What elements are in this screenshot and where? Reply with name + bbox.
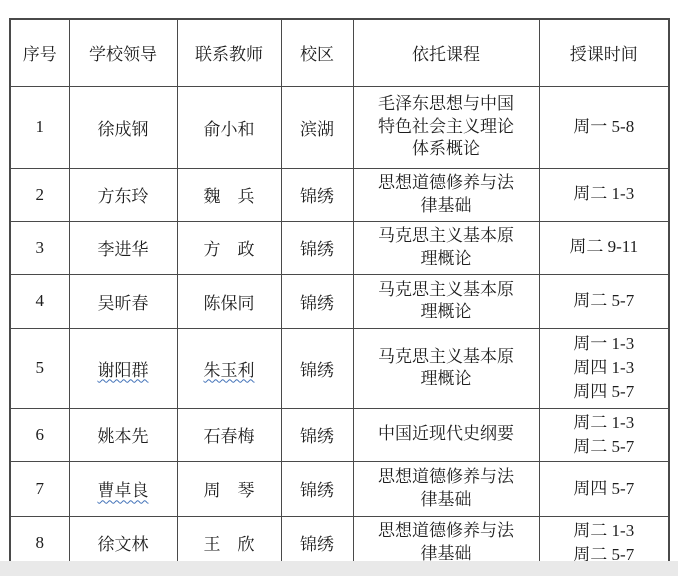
leader-name: 徐文林 xyxy=(98,535,149,554)
course-name: 思想道德修养与法 律基础 xyxy=(378,521,514,562)
cell-index: 5 xyxy=(10,328,69,408)
course-name: 马克思主义基本原 理概论 xyxy=(378,280,514,321)
cell-campus: 滨湖 xyxy=(281,86,353,168)
teacher-name: 俞小和 xyxy=(204,120,255,139)
cell-campus: 锦绣 xyxy=(281,274,353,328)
cell-campus: 锦绣 xyxy=(281,168,353,221)
cell-leader: 李进华 xyxy=(69,221,177,274)
cell-time: 周一 1-3 周四 1-3 周四 5-7 xyxy=(539,328,669,408)
table-row: 6 姚本先 石春梅 锦绣 中国近现代史纲要 周二 1-3 周二 5-7 xyxy=(10,408,669,461)
cell-course: 中国近现代史纲要 xyxy=(353,408,539,461)
teacher-name: 周 琴 xyxy=(204,481,255,500)
col-header-index: 序号 xyxy=(10,19,69,86)
course-name: 中国近现代史纲要 xyxy=(378,424,514,443)
leader-name: 方东玲 xyxy=(98,187,149,206)
leader-name: 曹卓良 xyxy=(98,481,149,500)
cell-course: 马克思主义基本原 理概论 xyxy=(353,274,539,328)
teacher-name: 朱玉利 xyxy=(204,361,255,380)
time-slots: 周二 1-3 周二 5-7 xyxy=(573,411,634,459)
leader-name: 徐成钢 xyxy=(98,120,149,139)
cell-course: 马克思主义基本原 理概论 xyxy=(353,221,539,274)
cell-time: 周二 1-3 周二 5-7 xyxy=(539,408,669,461)
cell-time: 周一 5-8 xyxy=(539,86,669,168)
time-slots: 周一 1-3 周四 1-3 周四 5-7 xyxy=(573,332,634,404)
cell-index: 2 xyxy=(10,168,69,221)
cell-teacher: 魏 兵 xyxy=(177,168,281,221)
time-slots: 周二 5-7 xyxy=(573,289,634,313)
table-row: 4 吴昕春 陈保同 锦绣 马克思主义基本原 理概论 周二 5-7 xyxy=(10,274,669,328)
col-header-campus: 校区 xyxy=(281,19,353,86)
time-slots: 周二 9-11 xyxy=(569,235,638,259)
cell-leader: 姚本先 xyxy=(69,408,177,461)
header-row: 序号 学校领导 联系教师 校区 依托课程 授课时间 xyxy=(10,19,669,86)
time-slots: 周一 5-8 xyxy=(573,115,634,139)
cell-index: 6 xyxy=(10,408,69,461)
leader-name: 谢阳群 xyxy=(98,361,149,380)
document-page: 序号 学校领导 联系教师 校区 依托课程 授课时间 1 徐成钢 俞小和 滨湖 毛… xyxy=(0,0,678,576)
teacher-name: 魏 兵 xyxy=(204,187,255,206)
table-row: 7 曹卓良 周 琴 锦绣 思想道德修养与法 律基础 周四 5-7 xyxy=(10,461,669,516)
table-row: 5 谢阳群 朱玉利 锦绣 马克思主义基本原 理概论 周一 1-3 周四 1-3 … xyxy=(10,328,669,408)
time-slots: 周四 5-7 xyxy=(573,477,634,501)
table-row: 2 方东玲 魏 兵 锦绣 思想道德修养与法 律基础 周二 1-3 xyxy=(10,168,669,221)
teacher-name: 王 欣 xyxy=(204,535,255,554)
col-header-leader: 学校领导 xyxy=(69,19,177,86)
table-row: 3 李进华 方 政 锦绣 马克思主义基本原 理概论 周二 9-11 xyxy=(10,221,669,274)
col-header-teacher: 联系教师 xyxy=(177,19,281,86)
cell-teacher: 方 政 xyxy=(177,221,281,274)
cell-time: 周二 1-3 xyxy=(539,168,669,221)
course-name: 思想道德修养与法 律基础 xyxy=(378,173,514,214)
cell-teacher: 陈保同 xyxy=(177,274,281,328)
page-bottom-margin xyxy=(0,561,678,576)
cell-time: 周四 5-7 xyxy=(539,461,669,516)
cell-course: 毛泽东思想与中国 特色社会主义理论 体系概论 xyxy=(353,86,539,168)
cell-campus: 锦绣 xyxy=(281,461,353,516)
cell-leader: 徐成钢 xyxy=(69,86,177,168)
cell-campus: 锦绣 xyxy=(281,221,353,274)
table-row: 1 徐成钢 俞小和 滨湖 毛泽东思想与中国 特色社会主义理论 体系概论 周一 5… xyxy=(10,86,669,168)
teacher-name: 陈保同 xyxy=(204,294,255,313)
cell-teacher: 俞小和 xyxy=(177,86,281,168)
cell-course: 思想道德修养与法 律基础 xyxy=(353,168,539,221)
teacher-name: 石春梅 xyxy=(204,427,255,446)
course-name: 毛泽东思想与中国 特色社会主义理论 体系概论 xyxy=(378,94,514,158)
cell-leader: 曹卓良 xyxy=(69,461,177,516)
cell-leader: 吴昕春 xyxy=(69,274,177,328)
course-name: 马克思主义基本原 理概论 xyxy=(378,226,514,267)
cell-index: 7 xyxy=(10,461,69,516)
cell-index: 1 xyxy=(10,86,69,168)
time-slots: 周二 1-3 xyxy=(573,182,634,206)
cell-time: 周二 5-7 xyxy=(539,274,669,328)
leader-name: 姚本先 xyxy=(98,427,149,446)
cell-campus: 锦绣 xyxy=(281,328,353,408)
cell-teacher: 石春梅 xyxy=(177,408,281,461)
leader-name: 李进华 xyxy=(98,240,149,259)
course-schedule-table: 序号 学校领导 联系教师 校区 依托课程 授课时间 1 徐成钢 俞小和 滨湖 毛… xyxy=(9,18,670,571)
leader-name: 吴昕春 xyxy=(98,294,149,313)
col-header-time: 授课时间 xyxy=(539,19,669,86)
cell-campus: 锦绣 xyxy=(281,408,353,461)
course-name: 马克思主义基本原 理概论 xyxy=(378,347,514,388)
course-name: 思想道德修养与法 律基础 xyxy=(378,467,514,508)
cell-teacher: 周 琴 xyxy=(177,461,281,516)
col-header-course: 依托课程 xyxy=(353,19,539,86)
teacher-name: 方 政 xyxy=(204,240,255,259)
cell-course: 思想道德修养与法 律基础 xyxy=(353,461,539,516)
cell-leader: 谢阳群 xyxy=(69,328,177,408)
cell-index: 4 xyxy=(10,274,69,328)
cell-index: 3 xyxy=(10,221,69,274)
cell-course: 马克思主义基本原 理概论 xyxy=(353,328,539,408)
time-slots: 周二 1-3 周二 5-7 xyxy=(573,519,634,567)
cell-leader: 方东玲 xyxy=(69,168,177,221)
cell-time: 周二 9-11 xyxy=(539,221,669,274)
cell-teacher: 朱玉利 xyxy=(177,328,281,408)
